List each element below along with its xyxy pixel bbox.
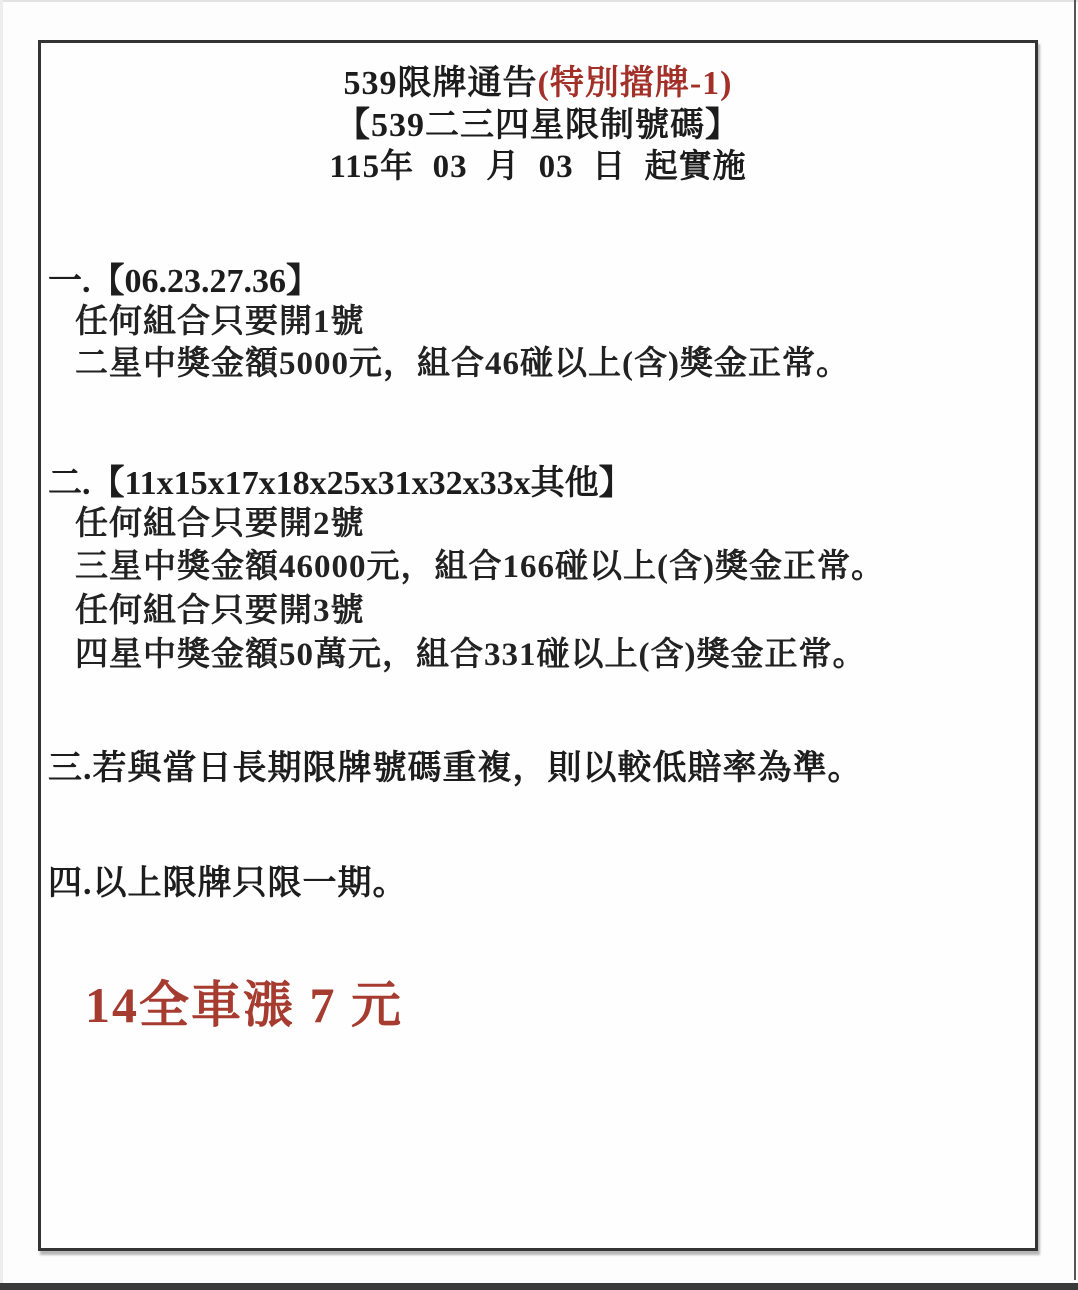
notice-frame: 539限牌通告(特別擋牌-1) 【539二三四星限制號碼】 115年 03 月 … xyxy=(38,40,1038,1251)
section-2-line-4: 四星中獎金額50萬元，組合331碰以上(含)獎金正常。 xyxy=(75,628,866,675)
section-1-line-1: 任何組合只要開1號 xyxy=(75,295,365,342)
page-top-edge xyxy=(0,0,1078,2)
effective-date: 115年 03 月 03 日 起實施 xyxy=(41,140,1035,187)
section-4-body: 以上限牌只限一期。 xyxy=(93,865,408,902)
section-1-line-2: 二星中獎金額5000元，組合46碰以上(含)獎金正常。 xyxy=(75,337,850,384)
section-2-line-1: 任何組合只要開2號 xyxy=(75,497,365,544)
page-background: 539限牌通告(特別擋牌-1) 【539二三四星限制號碼】 115年 03 月 … xyxy=(0,0,1078,1290)
section-2-line-2: 三星中獎金額46000元，組合166碰以上(含)獎金正常。 xyxy=(75,540,885,587)
section-3-body: 若與當日長期限牌號碼重複，則以較低賠率為準。 xyxy=(93,750,863,787)
footer-notice: 14全車漲 7 元 xyxy=(85,965,403,1037)
title-subtitle: 【539二三四星限制號碼】 xyxy=(41,97,1035,146)
page-right-edge xyxy=(1074,0,1076,1280)
page-left-edge xyxy=(0,0,3,1290)
page-bottom-edge xyxy=(0,1283,1078,1290)
section-3-number: 三. xyxy=(48,750,93,787)
section-2-line-3: 任何組合只要開3號 xyxy=(75,584,365,631)
section-4-number: 四. xyxy=(48,865,93,902)
section-3-text: 三.若與當日長期限牌號碼重複，則以較低賠率為準。 xyxy=(48,740,863,789)
section-4-text: 四.以上限牌只限一期。 xyxy=(48,855,408,904)
